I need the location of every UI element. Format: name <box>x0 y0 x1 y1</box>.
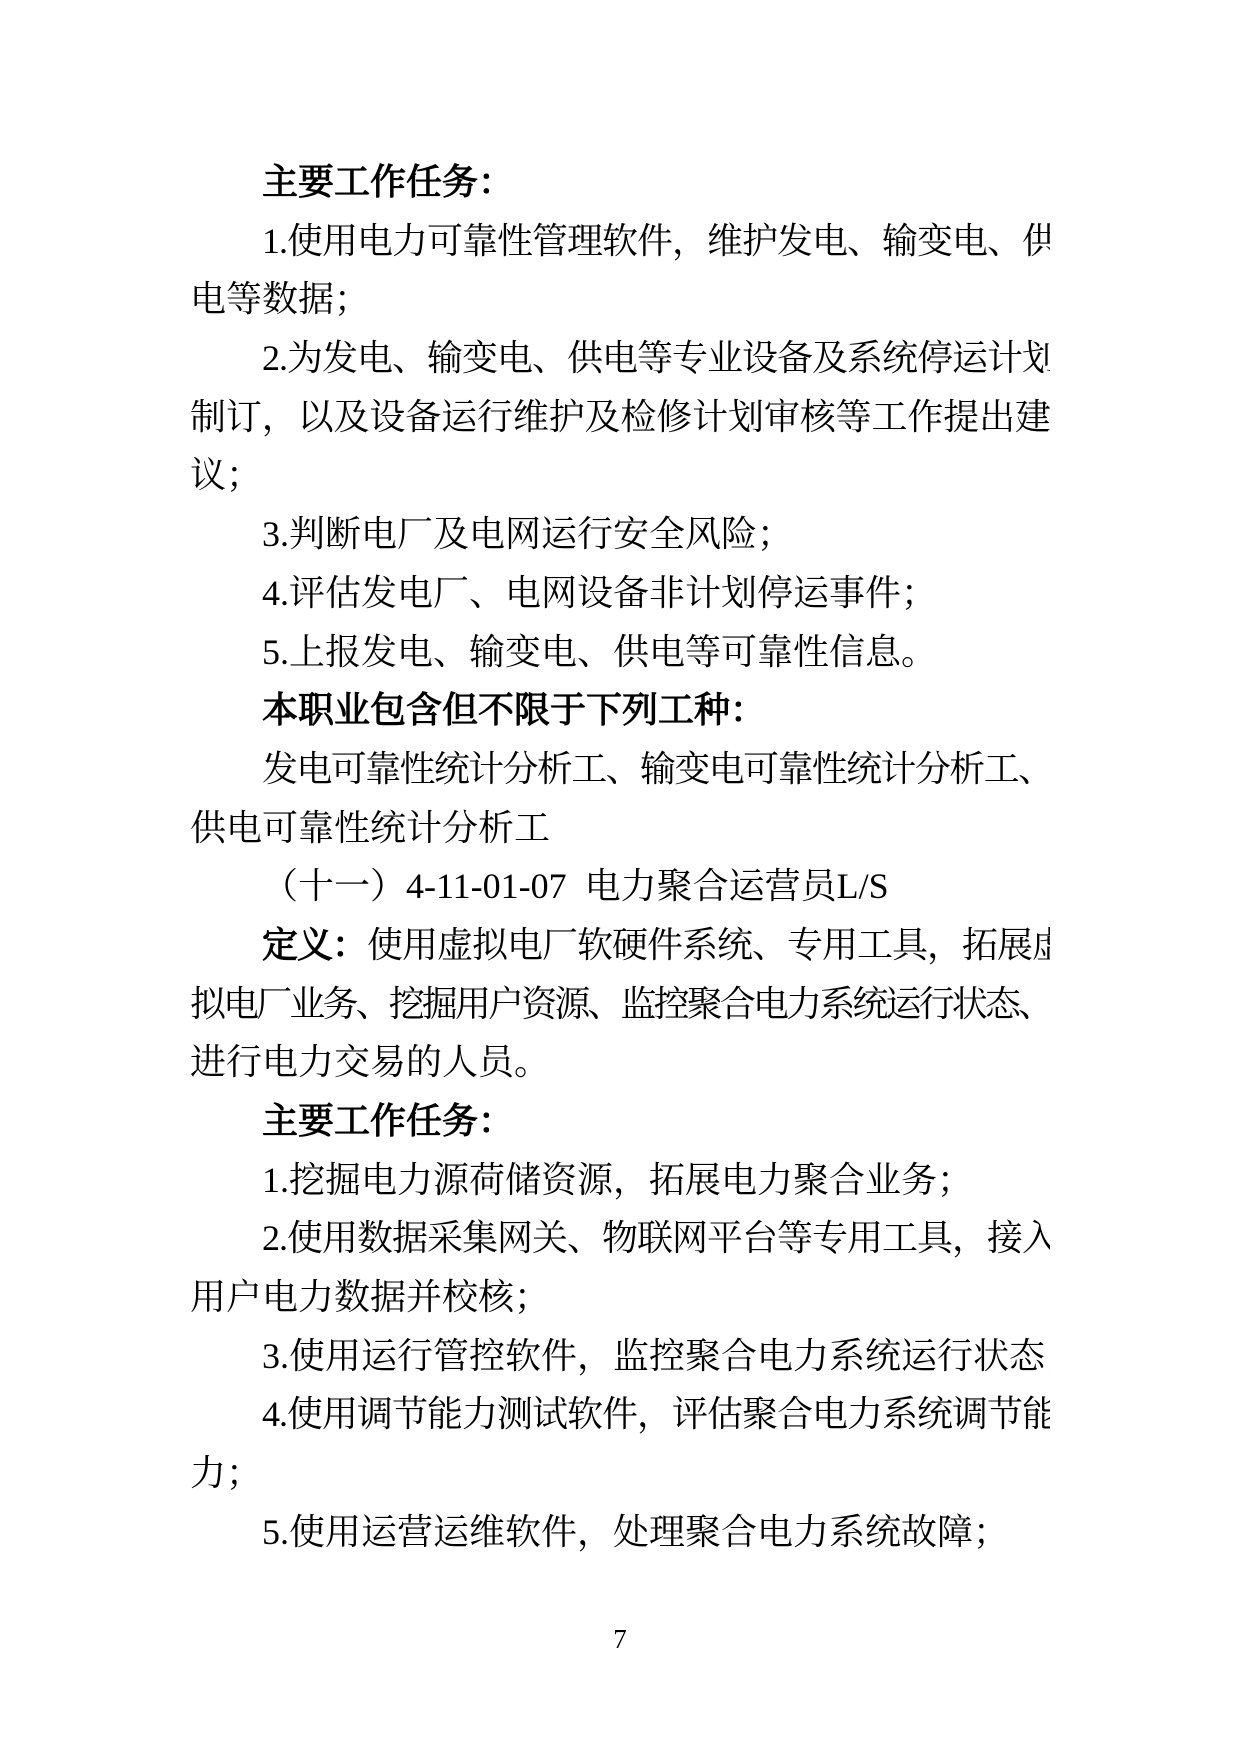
line-text: 4.评估发电厂、电网设备非计划停运事件； <box>262 573 937 613</box>
text-line: 议； <box>190 446 1050 505</box>
line-text: 用户电力数据并校核； <box>190 1277 550 1317</box>
line-text: 主要工作任务： <box>262 161 514 202</box>
line-text: 力； <box>190 1453 262 1493</box>
line-text: 发电可靠性统计分析工、输变电可靠性统计分析工、 <box>262 749 1050 789</box>
line-text: 3.使用运行管控软件，监控聚合电力系统运行状态； <box>262 1336 1050 1376</box>
line-text: 使用虚拟电厂软硬件系统、专用工具，拓展虚 <box>367 925 1050 965</box>
line-text: 5.上报发电、输变电、供电等可靠性信息。 <box>262 632 937 672</box>
line-text: 4.使用调节能力测试软件，评估聚合电力系统调节能 <box>262 1394 1050 1434</box>
line-text: 1.挖掘电力源荷储资源，拓展电力聚合业务； <box>262 1160 973 1200</box>
text-line: 主要工作任务： <box>190 153 1050 212</box>
line-text: 3.判断电厂及电网运行安全风险； <box>262 514 793 554</box>
line-text: 议； <box>190 455 262 495</box>
line-text: 供电可靠性统计分析工 <box>190 808 550 848</box>
line-text: 制订，以及设备运行维护及检修计划审核等工作提出建 <box>190 397 1050 437</box>
line-heading-prefix: 定义： <box>262 924 367 965</box>
text-line: 定义：使用虚拟电厂软硬件系统、专用工具，拓展虚 <box>190 916 1050 975</box>
text-line: 力； <box>190 1444 1050 1503</box>
document-body: 主要工作任务：1.使用电力可靠性管理软件，维护发电、输变电、供电等数据；2.为发… <box>190 153 1050 1562</box>
text-line: 4.使用调节能力测试软件，评估聚合电力系统调节能 <box>190 1385 1050 1444</box>
text-line: 电等数据； <box>190 270 1050 329</box>
text-line: （十一）4-11-01-07 电力聚合运营员L/S <box>190 857 1050 916</box>
document-page: 主要工作任务：1.使用电力可靠性管理软件，维护发电、输变电、供电等数据；2.为发… <box>0 0 1240 1753</box>
line-text: 进行电力交易的人员。 <box>190 1042 550 1082</box>
text-line: 5.使用运营运维软件，处理聚合电力系统故障； <box>190 1503 1050 1562</box>
text-line: 本职业包含但不限于下列工种： <box>190 681 1050 740</box>
text-line: 3.使用运行管控软件，监控聚合电力系统运行状态； <box>190 1327 1050 1386</box>
text-line: 1.使用电力可靠性管理软件，维护发电、输变电、供 <box>190 212 1050 271</box>
text-line: 进行电力交易的人员。 <box>190 1033 1050 1092</box>
text-line: 用户电力数据并校核； <box>190 1268 1050 1327</box>
line-text: 2.为发电、输变电、供电等专业设备及系统停运计划 <box>262 338 1050 378</box>
text-line: 5.上报发电、输变电、供电等可靠性信息。 <box>190 623 1050 682</box>
line-text: 本职业包含但不限于下列工种： <box>262 689 766 730</box>
line-text: 1.使用电力可靠性管理软件，维护发电、输变电、供 <box>262 221 1050 261</box>
line-text: 2.使用数据采集网关、物联网平台等专用工具，接入 <box>262 1218 1050 1258</box>
text-line: 1.挖掘电力源荷储资源，拓展电力聚合业务； <box>190 1151 1050 1210</box>
text-line: 2.使用数据采集网关、物联网平台等专用工具，接入 <box>190 1209 1050 1268</box>
text-line: 制订，以及设备运行维护及检修计划审核等工作提出建 <box>190 388 1050 447</box>
line-text: 主要工作任务： <box>262 1100 514 1141</box>
page-number: 7 <box>0 1622 1240 1656</box>
text-line: 3.判断电厂及电网运行安全风险； <box>190 505 1050 564</box>
line-text: 拟电厂业务、挖掘用户资源、监控聚合电力系统运行状态、 <box>190 984 1050 1024</box>
text-line: 供电可靠性统计分析工 <box>190 799 1050 858</box>
text-line: 主要工作任务： <box>190 1092 1050 1151</box>
line-text: （十一）4-11-01-07 电力聚合运营员L/S <box>262 866 889 906</box>
line-text: 电等数据； <box>190 279 370 319</box>
text-line: 2.为发电、输变电、供电等专业设备及系统停运计划 <box>190 329 1050 388</box>
text-line: 4.评估发电厂、电网设备非计划停运事件； <box>190 564 1050 623</box>
line-text: 5.使用运营运维软件，处理聚合电力系统故障； <box>262 1512 1009 1552</box>
text-line: 拟电厂业务、挖掘用户资源、监控聚合电力系统运行状态、 <box>190 975 1050 1034</box>
text-line: 发电可靠性统计分析工、输变电可靠性统计分析工、 <box>190 740 1050 799</box>
